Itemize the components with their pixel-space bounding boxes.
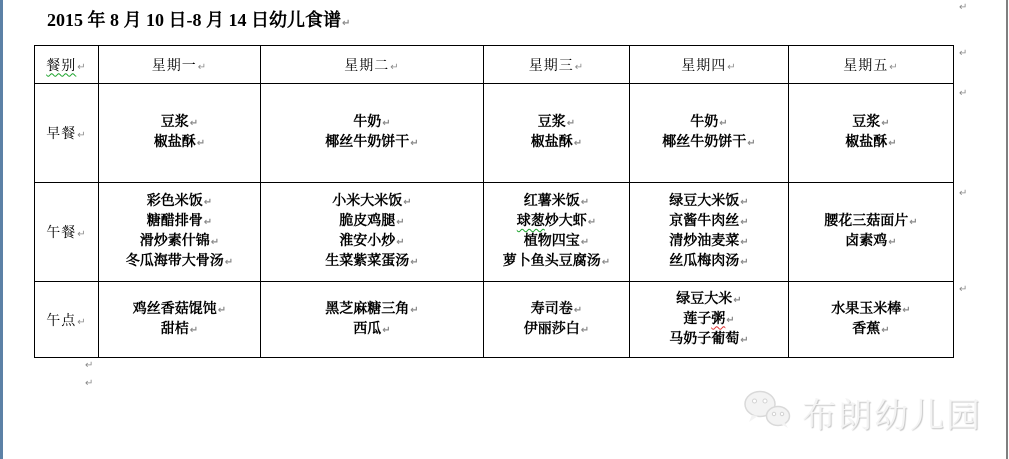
text-run: 黑芝麻糖三角	[325, 302, 409, 317]
menu-item-line: 伊丽莎白↵	[484, 320, 629, 340]
text-run: 午餐	[46, 226, 76, 241]
line-break-mark: ↵	[390, 62, 399, 73]
line-break-mark: ↵	[602, 257, 610, 268]
menu-item-line: 球葱炒大虾↵	[484, 212, 629, 232]
text-run: 椒盐酥	[531, 135, 573, 150]
menu-item-line: 黑芝麻糖三角↵	[261, 300, 483, 320]
menu-item-line: 马奶子葡萄↵	[630, 330, 788, 350]
table-row: 午点↵鸡丝香菇馄饨↵甜桔↵黑芝麻糖三角↵西瓜↵寿司卷↵伊丽莎白↵绿豆大米↵莲子粥…	[35, 282, 954, 358]
line-break-mark: ↵	[396, 217, 404, 228]
line-break-mark: ↵	[197, 138, 205, 149]
text-run: 植物四宝	[524, 234, 580, 249]
menu-item-line: 豆浆↵	[484, 113, 629, 133]
menu-cell: 红薯米饭↵球葱炒大虾↵植物四宝↵萝卜鱼头豆腐汤↵	[484, 183, 630, 282]
line-break-mark: ↵	[733, 295, 741, 306]
text-run: 卤素鸡	[845, 234, 887, 249]
menu-item-line: 小米大米饭↵	[261, 192, 483, 212]
menu-item-line: 西瓜↵	[261, 320, 483, 340]
line-break-mark: ↵	[382, 325, 390, 336]
menu-item-line: 冬瓜海带大骨汤↵	[99, 252, 260, 272]
line-break-mark: ↵	[581, 237, 589, 248]
text-run: 豆浆	[538, 115, 566, 130]
header-cell-meal-type: 餐别↵	[35, 46, 99, 84]
menu-cell: 绿豆大米饭↵京酱牛肉丝↵清炒油麦菜↵丝瓜梅肉汤↵	[630, 183, 789, 282]
line-break-mark: ↵	[410, 138, 418, 149]
table-row: 早餐↵豆浆↵椒盐酥↵牛奶↵椰丝牛奶饼干↵豆浆↵椒盐酥↵牛奶↵椰丝牛奶饼干↵豆浆↵…	[35, 84, 954, 183]
line-break-mark: ↵	[588, 217, 596, 228]
text-run: 莲子	[683, 312, 711, 327]
line-break-mark: ↵	[909, 217, 917, 228]
line-break-mark: ↵	[575, 62, 584, 73]
line-break-mark: ↵	[218, 305, 226, 316]
text-run: 粥	[711, 312, 725, 327]
page-title-text: 2015 年 8 月 10 日-8 月 14 日幼儿食谱	[47, 10, 341, 30]
text-run: 椰丝牛奶饼干	[325, 135, 409, 150]
text-run: 餐别	[46, 59, 76, 74]
text-run: 京酱牛肉丝	[669, 214, 739, 229]
menu-item-line: 椒盐酥↵	[99, 133, 260, 153]
wechat-icon	[742, 389, 794, 436]
line-break-mark: ↵	[204, 197, 212, 208]
menu-cell: 水果玉米棒↵香蕉↵	[789, 282, 954, 358]
text-run: 水果玉米棒	[831, 302, 901, 317]
menu-item-line: 滑炒素什锦↵	[99, 232, 260, 252]
menu-item-line: 椰丝牛奶饼干↵	[261, 133, 483, 153]
menu-cell: 腰花三菇面片↵卤素鸡↵	[789, 183, 954, 282]
menu-item-line: 椒盐酥↵	[484, 133, 629, 153]
menu-item-line: 牛奶↵	[261, 113, 483, 133]
row-end-mark: ↵	[959, 48, 967, 59]
text-run: 萝卜鱼头豆腐汤	[503, 254, 601, 269]
header-cell-day: 星期二↵	[261, 46, 484, 84]
line-break-mark: ↵	[410, 257, 418, 268]
line-break-mark: ↵	[77, 130, 86, 141]
text-run: 豆浆	[161, 115, 189, 130]
line-break-mark: ↵	[740, 257, 748, 268]
text-run: 炒大虾	[545, 214, 587, 229]
menu-item-line: 丝瓜梅肉汤↵	[630, 252, 788, 272]
text-run: 椰丝牛奶饼干	[662, 135, 746, 150]
menu-cell: 小米大米饭↵脆皮鸡腿↵淮安小炒↵生菜紫菜蛋汤↵	[261, 183, 484, 282]
menu-cell: 彩色米饭↵糖醋排骨↵滑炒素什锦↵冬瓜海带大骨汤↵	[99, 183, 261, 282]
menu-item-line: 寿司卷↵	[484, 300, 629, 320]
paragraph-mark: ↵	[85, 360, 93, 371]
paragraph-mark: ↵	[342, 18, 350, 29]
page-title: 2015 年 8 月 10 日-8 月 14 日幼儿食谱↵	[47, 6, 350, 32]
menu-item-line: 糖醋排骨↵	[99, 212, 260, 232]
text-run: 小米大米饭	[332, 194, 402, 209]
text-run: 腰花三菇面片	[824, 214, 908, 229]
menu-cell: 牛奶↵椰丝牛奶饼干↵	[630, 84, 789, 183]
menu-cell: 绿豆大米↵莲子粥↵马奶子葡萄↵	[630, 282, 789, 358]
line-break-mark: ↵	[747, 138, 755, 149]
line-break-mark: ↵	[574, 305, 582, 316]
menu-item-line: 清炒油麦菜↵	[630, 232, 788, 252]
text-run: 星期五	[843, 59, 888, 74]
text-run: 椒盐酥	[154, 135, 196, 150]
text-run: 丝瓜梅肉汤	[669, 254, 739, 269]
header-cell-day: 星期三↵	[484, 46, 630, 84]
menu-cell: 寿司卷↵伊丽莎白↵	[484, 282, 630, 358]
row-end-mark: ↵	[959, 284, 967, 295]
menu-item-line: 香蕉↵	[789, 320, 953, 340]
text-run: 绿豆大米饭	[669, 194, 739, 209]
table-row: 午餐↵彩色米饭↵糖醋排骨↵滑炒素什锦↵冬瓜海带大骨汤↵小米大米饭↵脆皮鸡腿↵淮安…	[35, 183, 954, 282]
menu-item-line: 莲子粥↵	[630, 310, 788, 330]
menu-cell: 豆浆↵椒盐酥↵	[789, 84, 954, 183]
text-run: 牛奶	[353, 115, 381, 130]
paragraph-mark: ↵	[85, 378, 93, 389]
menu-item-line: 水果玉米棒↵	[789, 300, 953, 320]
window-left-strip	[0, 0, 3, 459]
menu-item-line: 京酱牛肉丝↵	[630, 212, 788, 232]
menu-cell: 豆浆↵椒盐酥↵	[99, 84, 261, 183]
line-break-mark: ↵	[581, 325, 589, 336]
text-run: 甜桔	[161, 322, 189, 337]
line-break-mark: ↵	[198, 62, 207, 73]
line-break-mark: ↵	[740, 237, 748, 248]
row-label: 早餐↵	[35, 84, 99, 183]
header-cell-day: 星期五↵	[789, 46, 954, 84]
page-right-edge	[1006, 0, 1008, 459]
line-break-mark: ↵	[740, 335, 748, 346]
menu-item-line: 脆皮鸡腿↵	[261, 212, 483, 232]
text-run: 冬瓜海带大骨汤	[126, 254, 224, 269]
menu-item-line: 萝卜鱼头豆腐汤↵	[484, 252, 629, 272]
text-run: 红薯米饭	[524, 194, 580, 209]
menu-item-line: 绿豆大米饭↵	[630, 192, 788, 212]
line-break-mark: ↵	[888, 138, 896, 149]
text-run: 西瓜	[353, 322, 381, 337]
row-label: 午点↵	[35, 282, 99, 358]
menu-item-line: 牛奶↵	[630, 113, 788, 133]
text-run: 星期二	[344, 59, 389, 74]
text-run: 淮安小炒	[339, 234, 395, 249]
menu-item-line: 彩色米饭↵	[99, 192, 260, 212]
text-run: 星期三	[529, 59, 574, 74]
menu-item-line: 绿豆大米↵	[630, 290, 788, 310]
menu-item-line: 豆浆↵	[789, 113, 953, 133]
text-run: 脆皮鸡腿	[339, 214, 395, 229]
text-run: 糖醋排骨	[147, 214, 203, 229]
line-break-mark: ↵	[403, 197, 411, 208]
menu-item-line: 生菜紫菜蛋汤↵	[261, 252, 483, 272]
watermark-text: 布朗幼儿园	[802, 388, 982, 437]
text-run: 生菜紫菜蛋汤	[325, 254, 409, 269]
text-run: 椒盐酥	[845, 135, 887, 150]
header-cell-day: 星期四↵	[630, 46, 789, 84]
text-run: 星期四	[681, 59, 726, 74]
menu-cell: 鸡丝香菇馄饨↵甜桔↵	[99, 282, 261, 358]
watermark: 布朗幼儿园	[742, 388, 992, 436]
menu-item-line: 卤素鸡↵	[789, 232, 953, 252]
menu-item-line: 鸡丝香菇馄饨↵	[99, 300, 260, 320]
line-break-mark: ↵	[77, 229, 86, 240]
line-break-mark: ↵	[190, 325, 198, 336]
line-break-mark: ↵	[77, 317, 86, 328]
row-end-mark: ↵	[959, 188, 967, 199]
line-break-mark: ↵	[396, 237, 404, 248]
line-break-mark: ↵	[204, 217, 212, 228]
line-break-mark: ↵	[902, 305, 910, 316]
text-run: 寿司卷	[531, 302, 573, 317]
line-break-mark: ↵	[574, 138, 582, 149]
line-break-mark: ↵	[567, 118, 575, 129]
text-run: 绿豆大米	[676, 292, 732, 307]
line-break-mark: ↵	[77, 62, 86, 73]
text-run: 马奶子葡萄	[669, 332, 739, 347]
line-break-mark: ↵	[727, 62, 736, 73]
menu-item-line: 腰花三菇面片↵	[789, 212, 953, 232]
row-label: 午餐↵	[35, 183, 99, 282]
menu-table: 餐别↵星期一↵星期二↵星期三↵星期四↵星期五↵ 早餐↵豆浆↵椒盐酥↵牛奶↵椰丝牛…	[34, 45, 954, 358]
menu-item-line: 椰丝牛奶饼干↵	[630, 133, 788, 153]
text-run: 滑炒素什锦	[140, 234, 210, 249]
line-break-mark: ↵	[581, 197, 589, 208]
menu-item-line: 甜桔↵	[99, 320, 260, 340]
text-run: 牛奶	[690, 115, 718, 130]
text-run: 球葱	[517, 214, 545, 229]
menu-item-line: 红薯米饭↵	[484, 192, 629, 212]
line-break-mark: ↵	[889, 62, 898, 73]
menu-item-line: 植物四宝↵	[484, 232, 629, 252]
line-break-mark: ↵	[740, 197, 748, 208]
line-break-mark: ↵	[881, 118, 889, 129]
text-run: 清炒油麦菜	[669, 234, 739, 249]
line-break-mark: ↵	[190, 118, 198, 129]
text-run: 彩色米饭	[147, 194, 203, 209]
menu-item-line: 淮安小炒↵	[261, 232, 483, 252]
header-cell-day: 星期一↵	[99, 46, 261, 84]
menu-cell: 豆浆↵椒盐酥↵	[484, 84, 630, 183]
menu-item-line: 椒盐酥↵	[789, 133, 953, 153]
line-break-mark: ↵	[382, 118, 390, 129]
line-break-mark: ↵	[726, 315, 734, 326]
line-break-mark: ↵	[881, 325, 889, 336]
text-run: 伊丽莎白	[524, 322, 580, 337]
line-break-mark: ↵	[211, 237, 219, 248]
paragraph-mark: ↵	[959, 2, 967, 13]
text-run: 香蕉	[852, 322, 880, 337]
line-break-mark: ↵	[740, 217, 748, 228]
line-break-mark: ↵	[719, 118, 727, 129]
text-run: 鸡丝香菇馄饨	[133, 302, 217, 317]
menu-item-line: 豆浆↵	[99, 113, 260, 133]
line-break-mark: ↵	[888, 237, 896, 248]
text-run: 早餐	[46, 127, 76, 142]
row-end-mark: ↵	[959, 88, 967, 99]
menu-cell: 黑芝麻糖三角↵西瓜↵	[261, 282, 484, 358]
text-run: 星期一	[152, 59, 197, 74]
line-break-mark: ↵	[410, 305, 418, 316]
line-break-mark: ↵	[225, 257, 233, 268]
menu-cell: 牛奶↵椰丝牛奶饼干↵	[261, 84, 484, 183]
text-run: 午点	[46, 314, 76, 329]
text-run: 豆浆	[852, 115, 880, 130]
